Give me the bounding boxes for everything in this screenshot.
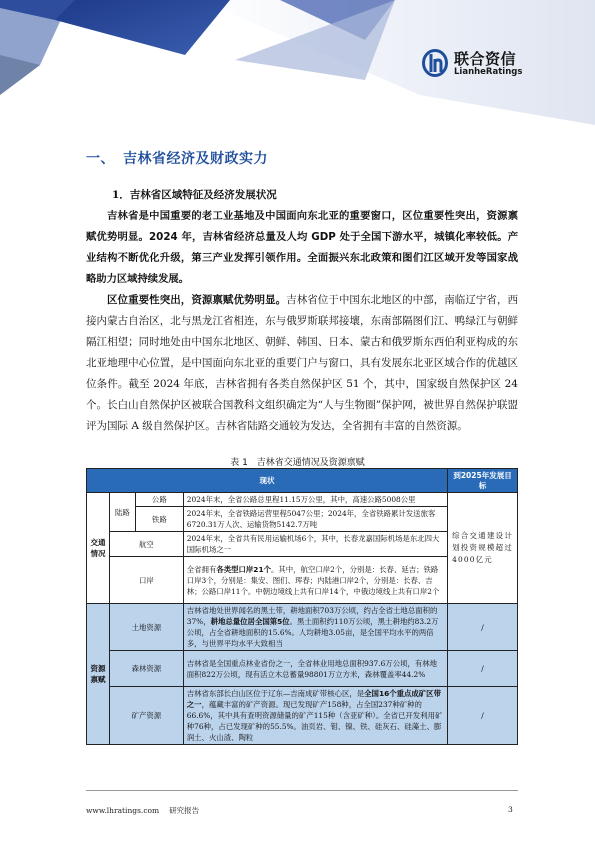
table-header-row: 现状 到2025年发展目标 xyxy=(87,469,518,493)
aviation-label: 航空 xyxy=(109,532,183,557)
forest-resource-desc: 吉林省是全国重点林业省份之一，全省林业用地总面积937.6万公顷，有林地面积82… xyxy=(183,651,447,687)
port-desc-bold: 各类型口岸21个 xyxy=(216,565,271,574)
port-label: 口岸 xyxy=(109,557,183,604)
section-heading: 一、吉林省经济及财政实力 xyxy=(86,148,268,168)
transport-resources-table: 现状 到2025年发展目标 交通情况 陆路 公路 2024年末，全省公路总里程1… xyxy=(86,468,518,745)
land-resource-desc: 吉林省地处世界闻名的黑土带，耕地面积703万公顷，约占全省土地总面积的37%，耕… xyxy=(183,604,447,651)
location-paragraph-body: 吉林省位于中国东北地区的中部，南临辽宁省，西接内蒙古自治区，北与黑龙江省相连，东… xyxy=(86,294,518,432)
location-paragraph: 区位重要性突出，资源禀赋优势明显。吉林省位于中国东北地区的中部，南临辽宁省，西接… xyxy=(86,290,518,437)
logo-english-name: LianheRatings xyxy=(454,67,522,77)
summary-paragraph: 吉林省是中国重要的老工业基地及中国面向东北亚的重要窗口，区位重要性突出，资源禀赋… xyxy=(86,206,518,290)
port-desc-pre: 全省拥有 xyxy=(187,565,217,574)
mineral-goal: / xyxy=(448,687,518,745)
header-status: 现状 xyxy=(87,469,448,493)
transport-goal-text: 综合交通建设计划投资规模超过4000亿元 xyxy=(452,530,513,566)
railway-desc: 2024年末，全省铁路运营里程5047公里；2024年，全省铁路累计发送旅客67… xyxy=(183,507,447,532)
railway-label: 铁路 xyxy=(135,507,183,532)
category-resources: 资源禀赋 xyxy=(87,604,110,745)
section-number: 一、 xyxy=(86,151,115,167)
mineral-resource-label: 矿产资源 xyxy=(109,687,183,745)
land-desc-bold: 耕地总量位居全国第5位 xyxy=(211,617,290,626)
table-row-highway: 交通情况 陆路 公路 2024年末，全省公路总里程11.15万公里，其中，高速公… xyxy=(87,493,518,507)
aviation-desc: 2024年末，全省共有民用运输机场6个，其中，长春龙嘉国际机场是东北四大国际机场… xyxy=(183,532,447,557)
footer-info: www.lhratings.com研究报告 xyxy=(86,805,199,816)
footer-doc-type: 研究报告 xyxy=(169,806,199,815)
table-caption: 表 1 吉林省交通情况及资源禀赋 xyxy=(0,455,595,468)
highway-desc: 2024年末，全省公路总里程11.15万公里，其中，高速公路5008公里 xyxy=(183,493,447,507)
section-title-text: 吉林省经济及财政实力 xyxy=(123,151,268,167)
logo-chinese-name: 联合资信 xyxy=(454,48,516,69)
mineral-resource-desc: 吉林省东部长白山区位于辽东—吉南成矿带核心区，是全国16个重点成矿区带之一，蕴藏… xyxy=(183,687,447,745)
mineral-desc-post: ，蕴藏丰富的矿产资源。现已发现矿产158种，占全国237种矿种的66.6%，其中… xyxy=(187,700,443,742)
transport-goal: 综合交通建设计划投资规模超过4000亿元 xyxy=(448,493,518,604)
location-paragraph-lead: 区位重要性突出，资源禀赋优势明显。 xyxy=(107,294,286,306)
subsection-heading: 1．吉林省区域特征及经济发展状况 xyxy=(112,187,277,202)
header-goal: 到2025年发展目标 xyxy=(448,469,518,493)
company-logo: 联合资信 LianheRatings xyxy=(422,45,542,85)
forest-resource-label: 森林资源 xyxy=(109,651,183,687)
land-resource-label: 土地资源 xyxy=(109,604,183,651)
highway-label: 公路 xyxy=(135,493,183,507)
mineral-desc-pre: 吉林省东部长白山区位于辽东—吉南成矿带核心区，是 xyxy=(187,689,364,698)
land-goal: / xyxy=(448,604,518,651)
forest-goal: / xyxy=(448,651,518,687)
table-row-forest: 森林资源 吉林省是全国重点林业省份之一，全省林业用地总面积937.6万公顷，有林… xyxy=(87,651,518,687)
lianhe-logo-icon xyxy=(422,49,448,77)
table-row-mineral: 矿产资源 吉林省东部长白山区位于辽东—吉南成矿带核心区，是全国16个重点成矿区带… xyxy=(87,687,518,745)
land-label: 陆路 xyxy=(109,493,135,532)
page-number: 3 xyxy=(508,805,513,814)
port-desc: 全省拥有各类型口岸21个。其中，航空口岸2个，分别是：长春、延吉；铁路口岸3个，… xyxy=(183,557,447,604)
category-transport: 交通情况 xyxy=(87,493,110,604)
footer-divider xyxy=(86,790,518,791)
footer-website-link[interactable]: www.lhratings.com xyxy=(86,806,159,815)
table-row-land: 资源禀赋 土地资源 吉林省地处世界闻名的黑土带，耕地面积703万公顷，约占全省土… xyxy=(87,604,518,651)
